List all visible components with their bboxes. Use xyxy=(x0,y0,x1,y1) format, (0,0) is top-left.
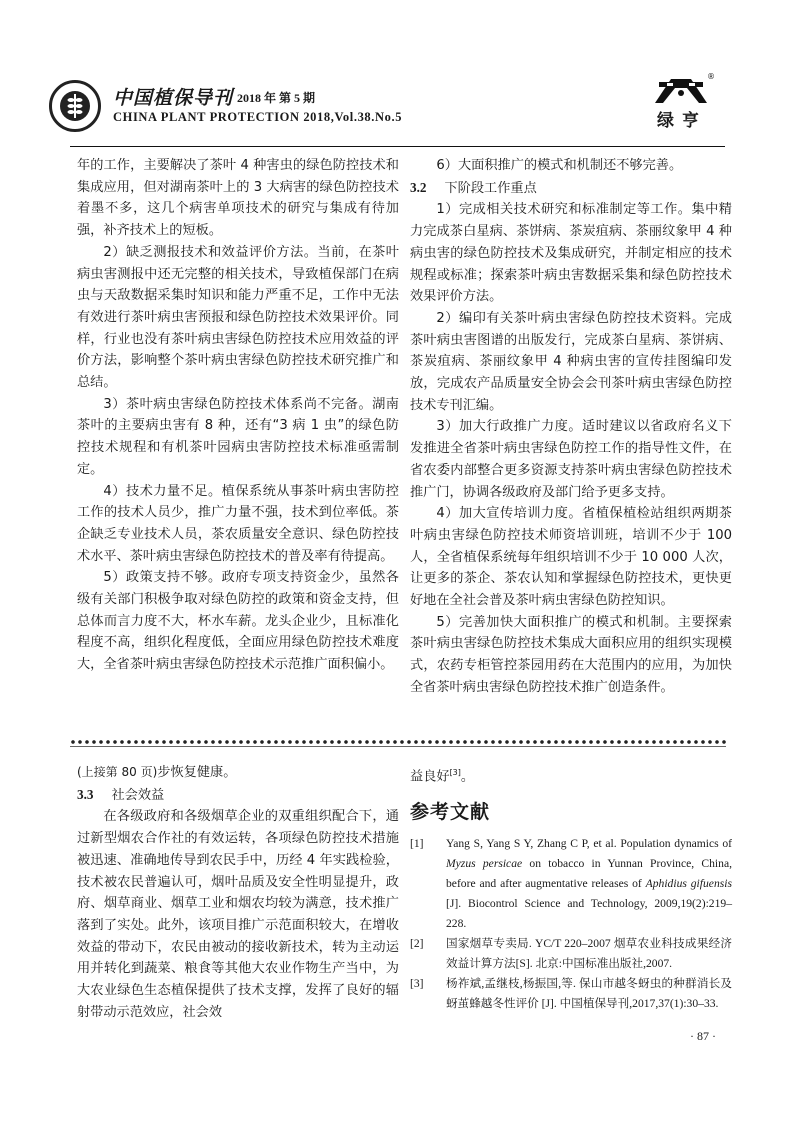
citation-link[interactable]: [3] xyxy=(450,768,461,777)
brand-logo: ® 绿亨 xyxy=(647,72,719,136)
section-title: 下阶段工作重点 xyxy=(444,181,536,196)
paragraph: 3）加大行政推广力度。适时建议以省政府名义下发推进全省茶叶病虫害绿色防控工作的指… xyxy=(410,416,732,503)
paragraph: 在各级政府和各级烟草企业的双重组织配合下，通过新型烟农合作社的有效运转，各项绿色… xyxy=(77,806,399,1023)
continued-paragraph: 益良好[3]。 xyxy=(410,762,732,788)
brand-name: 绿亨 xyxy=(657,106,707,131)
reference-index: [2] xyxy=(410,934,446,974)
section-title: 社会效益 xyxy=(111,788,164,803)
article-divider xyxy=(70,738,726,748)
section-number: 3.2 xyxy=(410,180,426,195)
journal-title-cn: 中国植保导刊 xyxy=(113,83,233,110)
journal-header: 中国植保导刊 2018 年 第 5 期 CHINA PLANT PROTECTI… xyxy=(75,80,725,150)
section-number: 3.3 xyxy=(77,787,93,802)
society-wheat-emblem-icon xyxy=(49,80,101,132)
continued-article-right: 益良好[3]。 参考文献 [1] Yang S, Yang S Y, Zhang… xyxy=(410,762,732,1014)
journal-issue: 2018 年 第 5 期 xyxy=(237,89,315,106)
section-heading: 3.3社会效益 xyxy=(77,784,399,807)
paragraph: 1）完成相关技术研究和标准制定等工作。集中精力完成茶白星病、茶饼病、茶炭疽病、茶… xyxy=(410,199,732,308)
paragraph: 5）政策支持不够。政府专项支持资金少，虽然各级有关部门积极争取对绿色防控的政策和… xyxy=(77,567,399,676)
continued-from-note: (上接第 80 页) xyxy=(77,765,157,779)
paragraph: 6）大面积推广的模式和机制还不够完善。 xyxy=(410,155,732,177)
brand-mark-icon xyxy=(655,76,707,104)
section-heading: 3.2下阶段工作重点 xyxy=(410,177,732,200)
paragraph: 5）完善加快大面积推广的模式和机制。主要探索茶叶病虫害绿色防控技术集成大面积应用… xyxy=(410,612,732,699)
page-number: · 87 · xyxy=(690,1029,716,1044)
reference-item: [1] Yang S, Yang S Y, Zhang C P, et al. … xyxy=(410,834,732,934)
article-column-right: 6）大面积推广的模式和机制还不够完善。 3.2下阶段工作重点 1）完成相关技术研… xyxy=(410,155,732,699)
paragraph: 4）加大宣传培训力度。省植保植检站组织两期茶叶病虫害绿色防控技术师资培训班，培训… xyxy=(410,503,732,612)
reference-text: 国家烟草专卖局. YC/T 220–2007 烟草农业科技成果经济效益计算方法[… xyxy=(446,934,732,974)
continued-paragraph: (上接第 80 页)步恢复健康。 xyxy=(77,762,399,784)
paragraph: 年的工作，主要解决了茶叶 4 种害虫的绿色防控技术和集成应用，但对湖南茶叶上的 … xyxy=(77,155,399,242)
paragraph: 2）缺乏测报技术和效益评价方法。当前，在茶叶病虫害测报中还无完整的相关技术，导致… xyxy=(77,242,399,394)
article-column-left: 年的工作，主要解决了茶叶 4 种害虫的绿色防控技术和集成应用，但对湖南茶叶上的 … xyxy=(77,155,399,676)
reference-text: 杨祚斌,孟继枝,杨振国,等. 保山市越冬蚜虫的种群消长及蚜茧蜂越冬性评价 [J]… xyxy=(446,974,732,1014)
journal-title-en: CHINA PLANT PROTECTION 2018,Vol.38.No.5 xyxy=(113,110,402,125)
reference-item: [2] 国家烟草专卖局. YC/T 220–2007 烟草农业科技成果经济效益计… xyxy=(410,934,732,974)
paragraph: 2）编印有关茶叶病虫害绿色防控技术资料。完成茶叶病虫害图谱的出版发行，完成茶白星… xyxy=(410,308,732,417)
reference-text: Yang S, Yang S Y, Zhang C P, et al. Popu… xyxy=(446,834,732,934)
ornament-border-icon xyxy=(70,738,726,745)
reference-index: [3] xyxy=(410,974,446,1014)
continued-article-left: (上接第 80 页)步恢复健康。 3.3社会效益 在各级政府和各级烟草企业的双重… xyxy=(77,762,399,1023)
reference-index: [1] xyxy=(410,834,446,934)
references-heading: 参考文献 xyxy=(410,802,732,824)
registered-mark: ® xyxy=(707,72,715,81)
paragraph: 4）技术力量不足。植保系统从事茶叶病虫害防控工作的技术人员少，推广力量不强，技术… xyxy=(77,481,399,568)
reference-item: [3] 杨祚斌,孟继枝,杨振国,等. 保山市越冬蚜虫的种群消长及蚜茧蜂越冬性评价… xyxy=(410,974,732,1014)
paragraph: 3）茶叶病虫害绿色防控技术体系尚不完备。湖南茶叶的主要病虫害有 8 种，还有“3… xyxy=(77,394,399,481)
header-rule xyxy=(70,146,725,147)
